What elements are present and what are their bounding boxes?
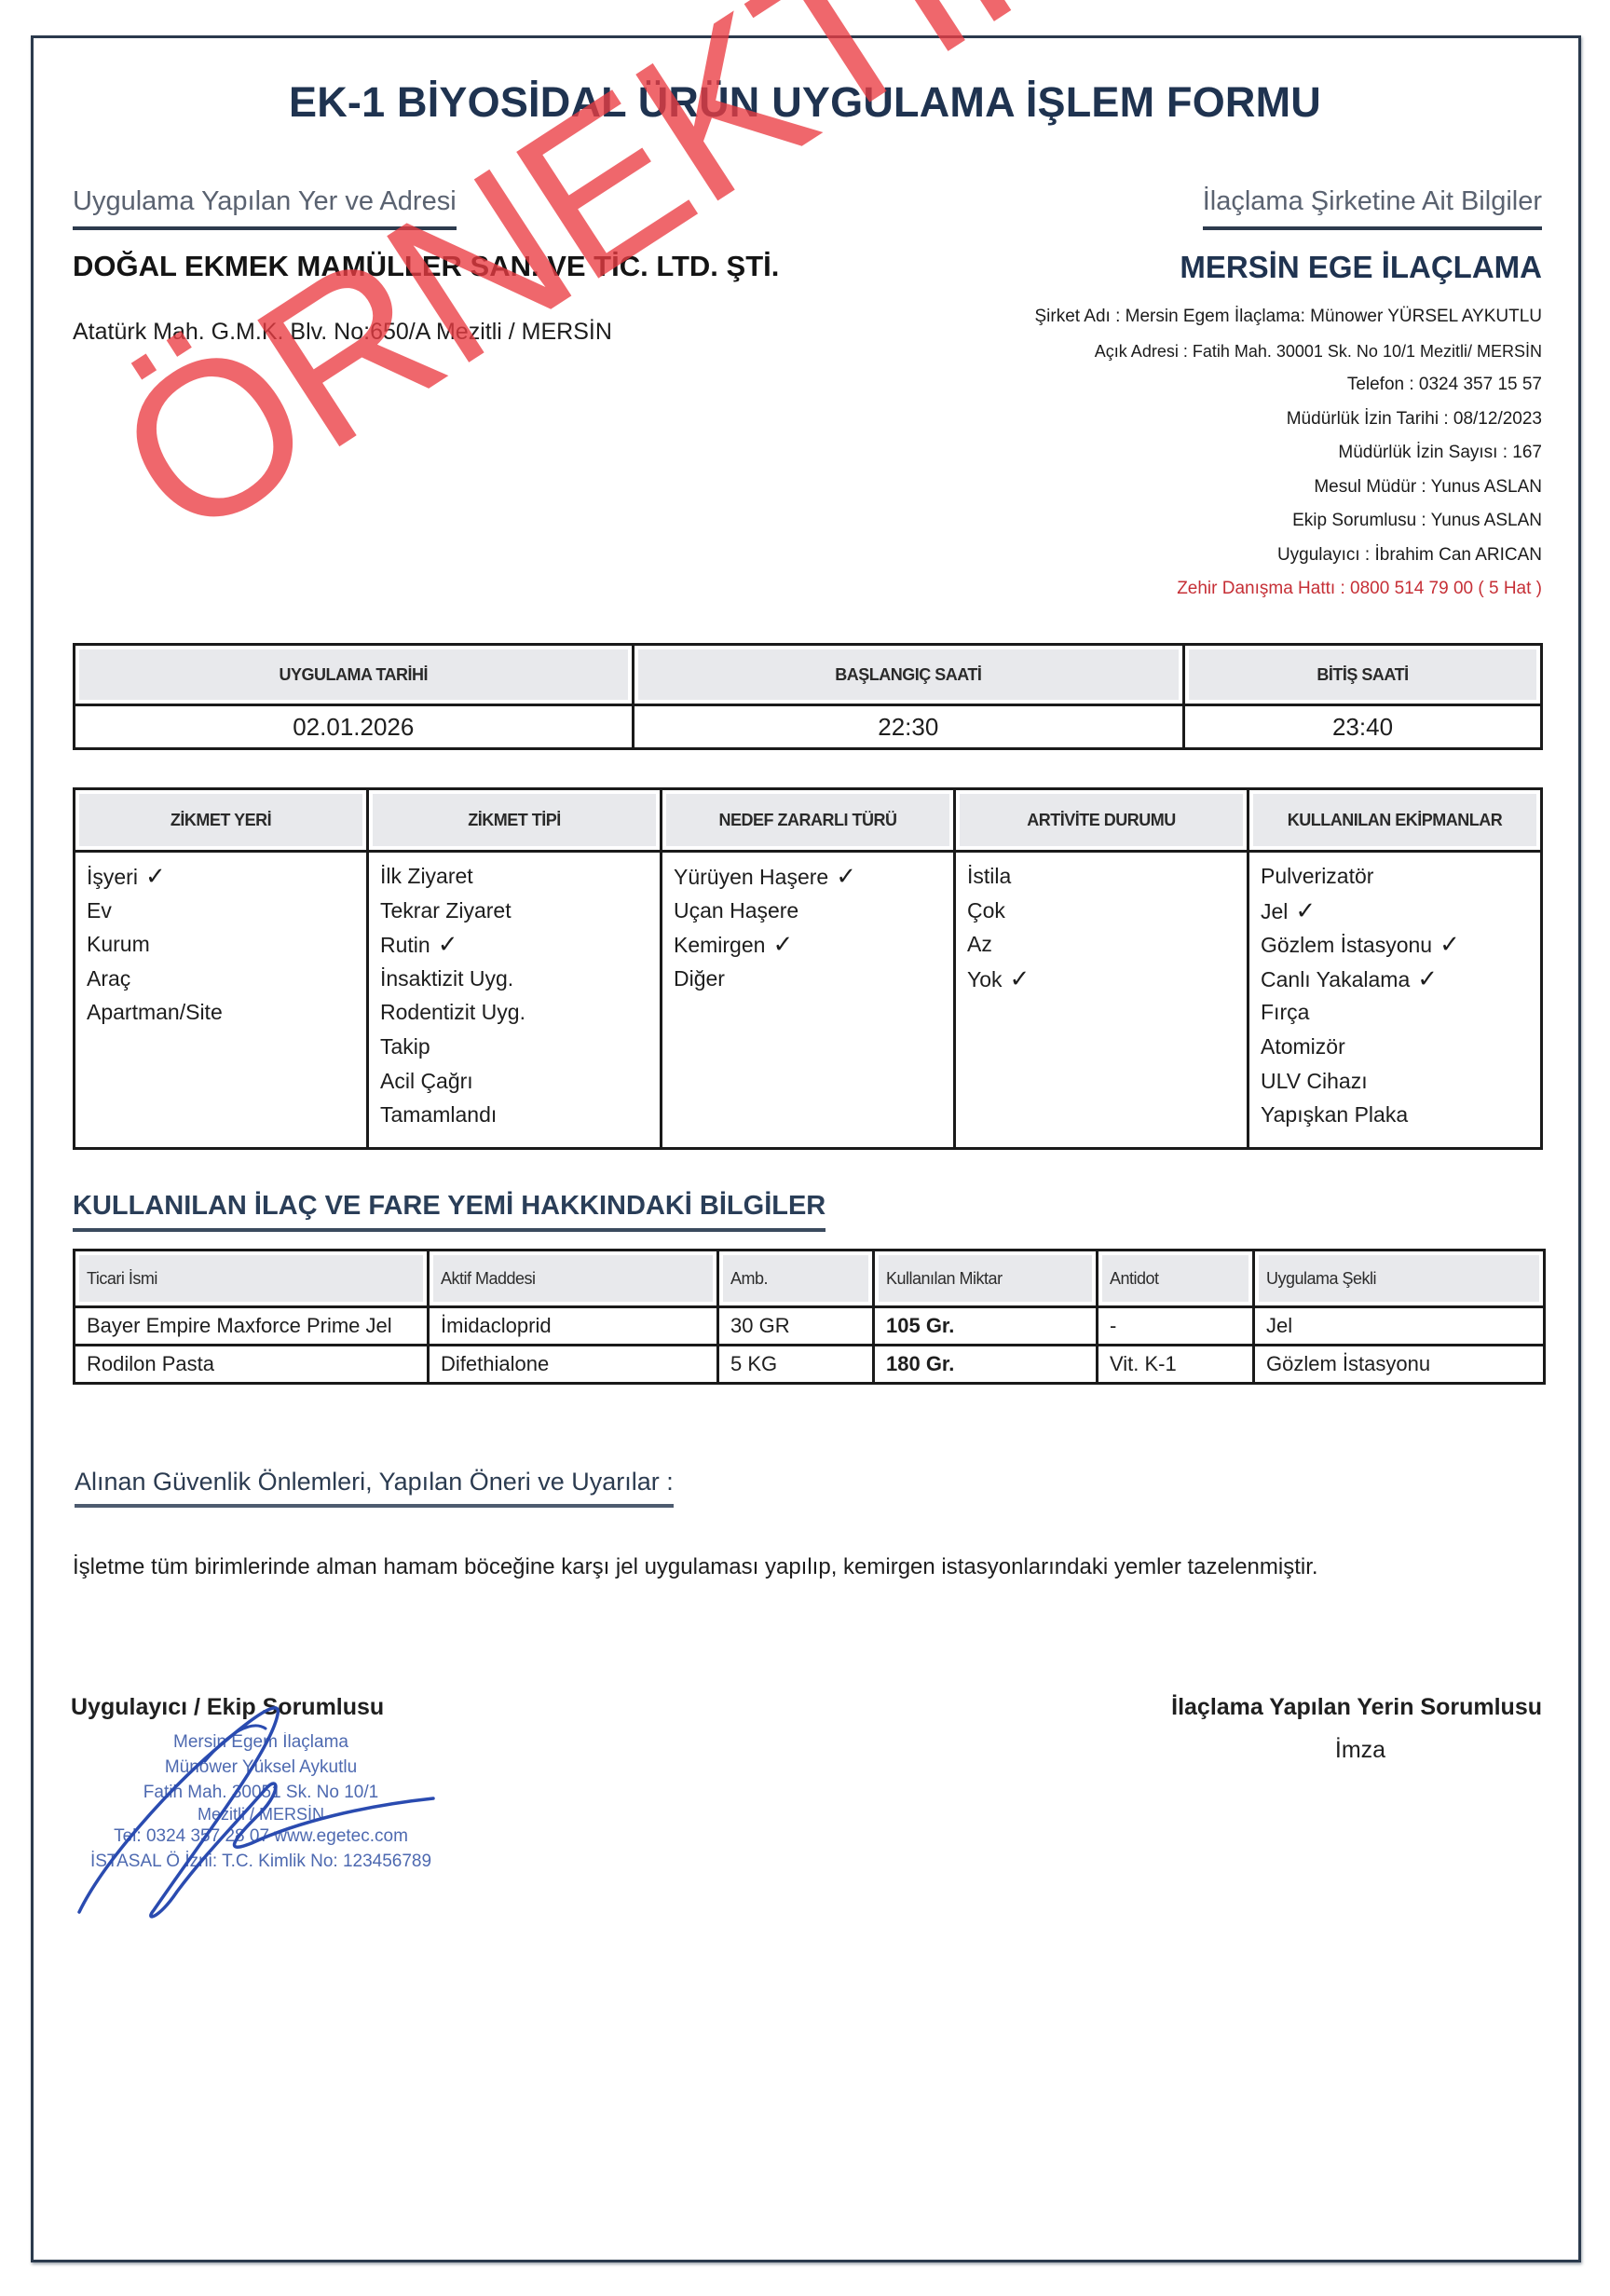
company-info-firm: Şirket Adı : Mersin Egem İlaçlama: Münow…	[1034, 304, 1542, 338]
table-cell: Rodilon Pasta	[75, 1346, 429, 1384]
schedule-table: UYGULAMA TARİHİ BAŞLANGIÇ SAATİ BİTİŞ SA…	[73, 643, 1543, 750]
checklist-item-label: İnsaktizit Uyg.	[380, 966, 513, 991]
checklist-item-label: İşyeri	[87, 865, 138, 889]
client-address: Atatürk Mah. G.M.K. Blv. No:650/A Mezitl…	[73, 319, 612, 346]
checklist-item[interactable]: Tekrar Ziyaret	[380, 896, 648, 931]
checklist-item-label: Atomizör	[1261, 1034, 1345, 1059]
checklist-item[interactable]: Apartman/Site	[87, 998, 355, 1032]
schedule-header-date: UYGULAMA TARİHİ	[75, 645, 634, 705]
checklist-item[interactable]: İşyeri✓	[87, 862, 355, 896]
products-section-title: KULLANILAN İLAÇ VE FARE YEMİ HAKKINDAKİ …	[73, 1191, 825, 1232]
schedule-end-value: 23:40	[1184, 705, 1542, 749]
checklist-item[interactable]: Tamamlandı	[380, 1100, 648, 1135]
checklist-column: Yürüyen Haşere✓Uçan HaşereKemirgen✓Diğer	[662, 852, 955, 1149]
checklist-header: ZİKMET YERİ	[75, 789, 368, 852]
products-header: Amb.	[718, 1250, 874, 1307]
schedule-header-start: BAŞLANGIÇ SAATİ	[633, 645, 1183, 705]
products-header: Aktif Maddesi	[429, 1250, 718, 1307]
checklist-item[interactable]: Atomizör	[1261, 1032, 1529, 1067]
checklist-item-label: Fırça	[1261, 1000, 1309, 1024]
checklist-item-label: Rutin	[380, 933, 430, 957]
company-info-manager: Mesul Müdür : Yunus ASLAN	[1034, 474, 1542, 509]
checkmark-icon: ✓	[1439, 930, 1460, 958]
table-cell: -	[1098, 1307, 1254, 1346]
stamp-line: İSTASAL Ö İzni: T.C. Kimlik No: 12345678…	[65, 1849, 457, 1874]
checklist-item-label: Kemirgen	[674, 933, 765, 957]
checklist-item[interactable]: Rutin✓	[380, 930, 648, 964]
company-info-applicator: Uygulayıcı : İbrahim Can ARICAN	[1034, 542, 1542, 577]
company-info-team-lead: Ekip Sorumlusu : Yunus ASLAN	[1034, 508, 1542, 542]
checklist-item-label: Araç	[87, 966, 130, 991]
checkmark-icon: ✓	[836, 862, 856, 890]
checklist-item-label: Gözlem İstasyonu	[1261, 933, 1432, 957]
checklist-item[interactable]: Az	[967, 930, 1235, 964]
checklist-item-label: Az	[967, 932, 992, 956]
company-info-phone: Telefon : 0324 357 15 57	[1034, 372, 1542, 406]
checklist-item-label: Kurum	[87, 932, 150, 956]
company-info-address: Açık Adresi : Fatih Mah. 30001 Sk. No 10…	[1034, 338, 1542, 373]
checklist-item-label: Acil Çağrı	[380, 1069, 473, 1093]
poison-hotline: Zehir Danışma Hattı : 0800 514 79 00 ( 5…	[1034, 576, 1542, 610]
checklist-item[interactable]: Diğer	[674, 964, 942, 999]
checklist-item-label: Pulverizatör	[1261, 864, 1373, 888]
checklist-item-label: Yürüyen Haşere	[674, 865, 828, 889]
checklist-header: KULLANILAN EKİPMANLAR	[1248, 789, 1542, 852]
checklist-item[interactable]: Rodentizit Uyg.	[380, 998, 648, 1032]
table-cell: 180 Gr.	[874, 1346, 1098, 1384]
products-header: Kullanılan Miktar	[874, 1250, 1098, 1307]
checklist-item[interactable]: Kemirgen✓	[674, 930, 942, 964]
checklist-item-label: Canlı Yakalama	[1261, 967, 1410, 991]
checklist-item-label: İstila	[967, 864, 1011, 888]
signature-label: İmza	[1295, 1737, 1426, 1764]
company-info-permit-number: Müdürlük İzin Sayısı : 167	[1034, 440, 1542, 474]
stamp-line: Mersin Egem İlaçlama	[65, 1729, 457, 1755]
checklist-item[interactable]: İlk Ziyaret	[380, 862, 648, 896]
checklist-item-label: ULV Cihazı	[1261, 1069, 1368, 1093]
table-row: Bayer Empire Maxforce Prime Jelİmidaclop…	[75, 1307, 1545, 1346]
stamp-line: Mezitli / MERSİN	[65, 1805, 457, 1824]
checklist-item[interactable]: Uçan Haşere	[674, 896, 942, 931]
table-row: Rodilon PastaDifethialone5 KG180 Gr.Vit.…	[75, 1346, 1545, 1384]
checkmark-icon: ✓	[1295, 896, 1316, 924]
stamp-line: Fatih Mah. 30051 Sk. No 10/1	[65, 1780, 457, 1805]
stamp-line: Münower Yüksel Aykutlu	[65, 1755, 457, 1780]
client-section-label: Uygulama Yapılan Yer ve Adresi	[73, 186, 457, 230]
checklist-column: İşyeri✓EvKurumAraçApartman/Site	[75, 852, 368, 1149]
table-cell: Jel	[1254, 1307, 1545, 1346]
checklist-item-label: Yok	[967, 967, 1003, 991]
checklist-item[interactable]: İstila	[967, 862, 1235, 896]
products-header: Antidot	[1098, 1250, 1254, 1307]
company-info: Şirket Adı : Mersin Egem İlaçlama: Münow…	[1034, 304, 1542, 610]
checkmark-icon: ✓	[1010, 964, 1030, 992]
table-cell: 30 GR	[718, 1307, 874, 1346]
checklist-item-label: Rodentizit Uyg.	[380, 1000, 525, 1024]
checklist-item[interactable]: Çok	[967, 896, 1235, 931]
form-title: EK-1 BİYOSİDAL ÜRÜN UYGULAMA İŞLEM FORMU	[0, 78, 1610, 127]
checklist-item-label: Yapışkan Plaka	[1261, 1102, 1408, 1127]
checklist-item-label: Ev	[87, 898, 112, 922]
checklist-item[interactable]: Yürüyen Haşere✓	[674, 862, 942, 896]
schedule-start-value: 22:30	[633, 705, 1183, 749]
checklist-item[interactable]: Pulverizatör	[1261, 862, 1529, 896]
stamp-line: Tel: 0324 357 28 07 www.egetec.com	[65, 1824, 457, 1849]
notes-title: Alınan Güvenlik Önlemleri, Yapılan Öneri…	[75, 1468, 674, 1508]
checklist-item-label: Tamamlandı	[380, 1102, 497, 1127]
client-name: DOĞAL EKMEK MAMÜLLER SAN. VE TİC. LTD. Ş…	[73, 250, 779, 283]
table-cell: İmidacloprid	[429, 1307, 718, 1346]
checklist-header: ZİKMET TİPİ	[368, 789, 662, 852]
table-cell: Vit. K-1	[1098, 1346, 1254, 1384]
schedule-header-end: BİTİŞ SAATİ	[1184, 645, 1542, 705]
checklist-item-label: Çok	[967, 898, 1005, 922]
table-cell: 5 KG	[718, 1346, 874, 1384]
checklist-item[interactable]: İnsaktizit Uyg.	[380, 964, 648, 999]
checklist-column: İstilaÇokAzYok✓	[955, 852, 1248, 1149]
company-info-permit-date: Müdürlük İzin Tarihi : 08/12/2023	[1034, 406, 1542, 441]
notes-text: İşletme tüm birimlerinde alman hamam böc…	[73, 1554, 1318, 1580]
company-name: MERSİN EGE İLAÇLAMA	[1180, 250, 1542, 285]
table-cell: Difethialone	[429, 1346, 718, 1384]
checklist-item[interactable]: Kurum	[87, 930, 355, 964]
checklist-item[interactable]: Gözlem İstasyonu✓	[1261, 930, 1529, 964]
checklist-item[interactable]: ULV Cihazı	[1261, 1067, 1529, 1101]
company-stamp: Mersin Egem İlaçlama Münower Yüksel Ayku…	[65, 1729, 457, 1874]
checklist-item-label: Uçan Haşere	[674, 898, 798, 922]
checklist-item-label: Apartman/Site	[87, 1000, 223, 1024]
checklist-header: NEDEF ZARARLI TÜRÜ	[662, 789, 955, 852]
applicator-signature-title: Uygulayıcı / Ekip Sorumlusu	[71, 1694, 384, 1721]
checklist-item[interactable]: Acil Çağrı	[380, 1067, 648, 1101]
schedule-date-value: 02.01.2026	[75, 705, 634, 749]
table-cell: Bayer Empire Maxforce Prime Jel	[75, 1307, 429, 1346]
products-table: Ticari İsmiAktif MaddesiAmb.Kullanılan M…	[73, 1249, 1546, 1385]
products-header: Uygulama Şekli	[1254, 1250, 1545, 1307]
checkmark-icon: ✓	[438, 930, 458, 958]
checkmark-icon: ✓	[1417, 964, 1438, 992]
checklist-item[interactable]: Takip	[380, 1032, 648, 1067]
checkmark-icon: ✓	[145, 862, 166, 890]
checklist-item-label: Tekrar Ziyaret	[380, 898, 512, 922]
checklist-item[interactable]: Ev	[87, 896, 355, 931]
checklist-item-label: Diğer	[674, 966, 725, 991]
company-section-label: İlaçlama Şirketine Ait Bilgiler	[1203, 186, 1542, 230]
checklist-header: ARTİVİTE DURUMU	[955, 789, 1248, 852]
checklist-item[interactable]: Canlı Yakalama✓	[1261, 964, 1529, 999]
checklist-item[interactable]: Jel✓	[1261, 896, 1529, 931]
table-cell: 105 Gr.	[874, 1307, 1098, 1346]
checkmark-icon: ✓	[772, 930, 793, 958]
checklist-column: İlk ZiyaretTekrar ZiyaretRutin✓İnsaktizi…	[368, 852, 662, 1149]
checklist-item[interactable]: Araç	[87, 964, 355, 999]
checklist-item-label: Takip	[380, 1034, 430, 1059]
checklist-item-label: İlk Ziyaret	[380, 864, 473, 888]
checklist-column: PulverizatörJel✓Gözlem İstasyonu✓Canlı Y…	[1248, 852, 1542, 1149]
checklist-item-label: Jel	[1261, 899, 1288, 923]
table-cell: Gözlem İstasyonu	[1254, 1346, 1545, 1384]
products-header: Ticari İsmi	[75, 1250, 429, 1307]
checklist-item[interactable]: Fırça	[1261, 998, 1529, 1032]
checklist-item[interactable]: Yok✓	[967, 964, 1235, 999]
site-responsible-title: İlaçlama Yapılan Yerin Sorumlusu	[1171, 1694, 1542, 1721]
checklist-item[interactable]: Yapışkan Plaka	[1261, 1100, 1529, 1135]
checklist-table: ZİKMET YERİZİKMET TİPİNEDEF ZARARLI TÜRÜ…	[73, 787, 1543, 1150]
